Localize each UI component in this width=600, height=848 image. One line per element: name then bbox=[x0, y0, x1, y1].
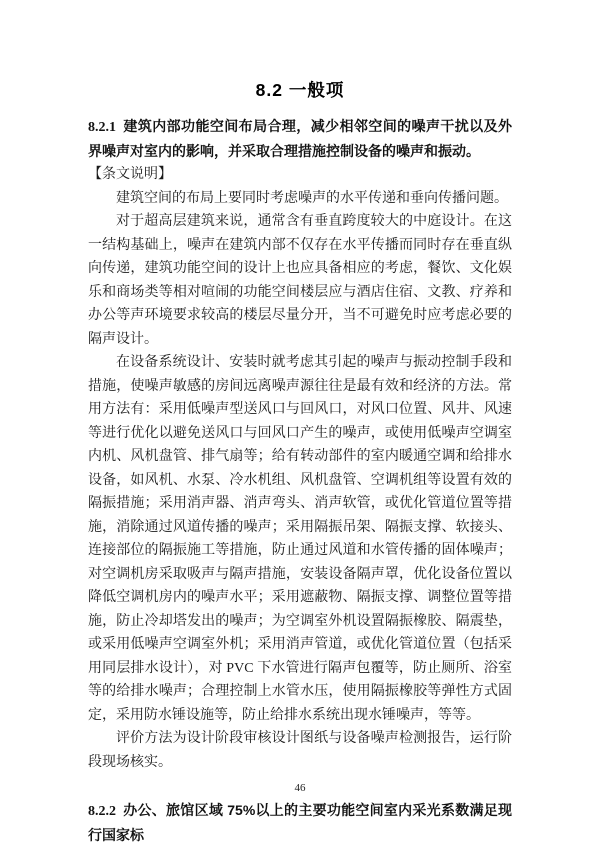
page-number: 46 bbox=[0, 781, 600, 795]
page-content: 8.2 一般项 8.2.1建筑内部功能空间布局合理，减少相邻空间的噪声干扰以及外… bbox=[88, 0, 512, 847]
commentary-paragraph-3: 在设备系统设计、安装时就考虑其引起的噪声与振动控制手段和措施，使噪声敏感的房间远… bbox=[88, 351, 512, 727]
clause-8-2-2-text: 办公、旅馆区域 75%以上的主要功能空间室内采光系数满足现行国家标 bbox=[88, 802, 512, 843]
document-page: 8.2 一般项 8.2.1建筑内部功能空间布局合理，减少相邻空间的噪声干扰以及外… bbox=[0, 0, 600, 848]
commentary-paragraph-2: 对于超高层建筑来说，通常含有垂直跨度较大的中庭设计。在这一结构基础上，噪声在建筑… bbox=[88, 210, 512, 351]
section-title: 8.2 一般项 bbox=[88, 78, 512, 102]
clause-8-2-1-text: 建筑内部功能空间布局合理，减少相邻空间的噪声干扰以及外界噪声对室内的影响，并采取… bbox=[88, 118, 512, 159]
clause-8-2-2-number: 8.2.2 bbox=[88, 804, 116, 819]
clause-8-2-1-number: 8.2.1 bbox=[88, 120, 116, 135]
clause-8-2-2: 8.2.2办公、旅馆区域 75%以上的主要功能空间室内采光系数满足现行国家标 bbox=[88, 799, 512, 847]
commentary-paragraph-4: 评价方法为设计阶段审核设计图纸与设备噪声检测报告，运行阶段现场核实。 bbox=[88, 727, 512, 774]
commentary-label: 【条文说明】 bbox=[88, 163, 512, 187]
clause-8-2-1: 8.2.1建筑内部功能空间布局合理，减少相邻空间的噪声干扰以及外界噪声对室内的影… bbox=[88, 115, 512, 163]
commentary-paragraph-1: 建筑空间的布局上要同时考虑噪声的水平传递和垂向传播问题。 bbox=[88, 187, 512, 211]
